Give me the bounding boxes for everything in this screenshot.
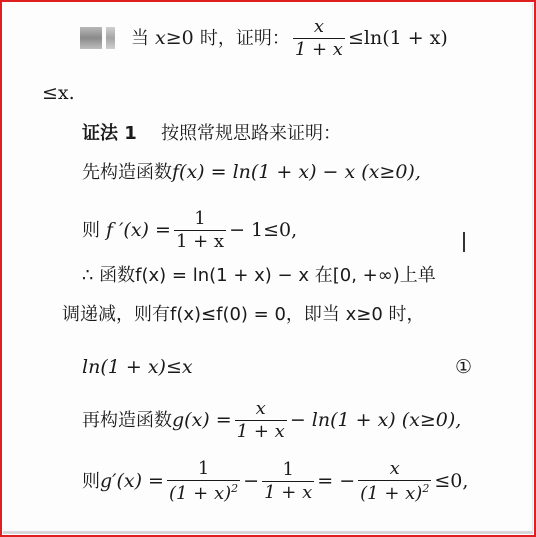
step4: 调递减，则有f(x)≤f(0) = 0，即当 x≥0 时， — [62, 306, 425, 324]
step5: 再构造函数 g(x) = x 1 + x − ln(1 + x) (x≥0), — [82, 400, 461, 441]
result1: ln(1 + x)≤x — [82, 358, 193, 377]
fraction: 1 (1 + x)2 — [167, 460, 240, 503]
problem-continuation: ≤x. — [42, 84, 75, 103]
text-cursor — [463, 232, 465, 252]
redacted-label — [80, 27, 116, 49]
step3: ∴ 函数f(x) = ln(1 + x) − x 在[0, +∞)上单 — [82, 267, 436, 285]
fraction: 1 1 + x — [174, 210, 226, 251]
step2: 则 f ′(x) = 1 1 + x − 1≤0, — [82, 210, 297, 251]
problem-statement: 当 x ≥0 时，证明： x 1 + x ≤ln(1 + x) — [131, 18, 448, 59]
fraction: x (1 + x)2 — [358, 460, 431, 503]
fraction: 1 1 + x — [262, 461, 314, 502]
step6: 则 g′(x) = 1 (1 + x)2 − 1 1 + x = − x (1 … — [82, 460, 468, 503]
fraction: x 1 + x — [293, 18, 345, 59]
method1-heading: 证法 1 按照常规思路来证明： — [82, 124, 341, 143]
fraction: x 1 + x — [235, 400, 287, 441]
step1: 先构造函数 f(x) = ln(1 + x) − x (x≥0), — [82, 163, 421, 182]
equation-tag: ① — [455, 356, 472, 378]
